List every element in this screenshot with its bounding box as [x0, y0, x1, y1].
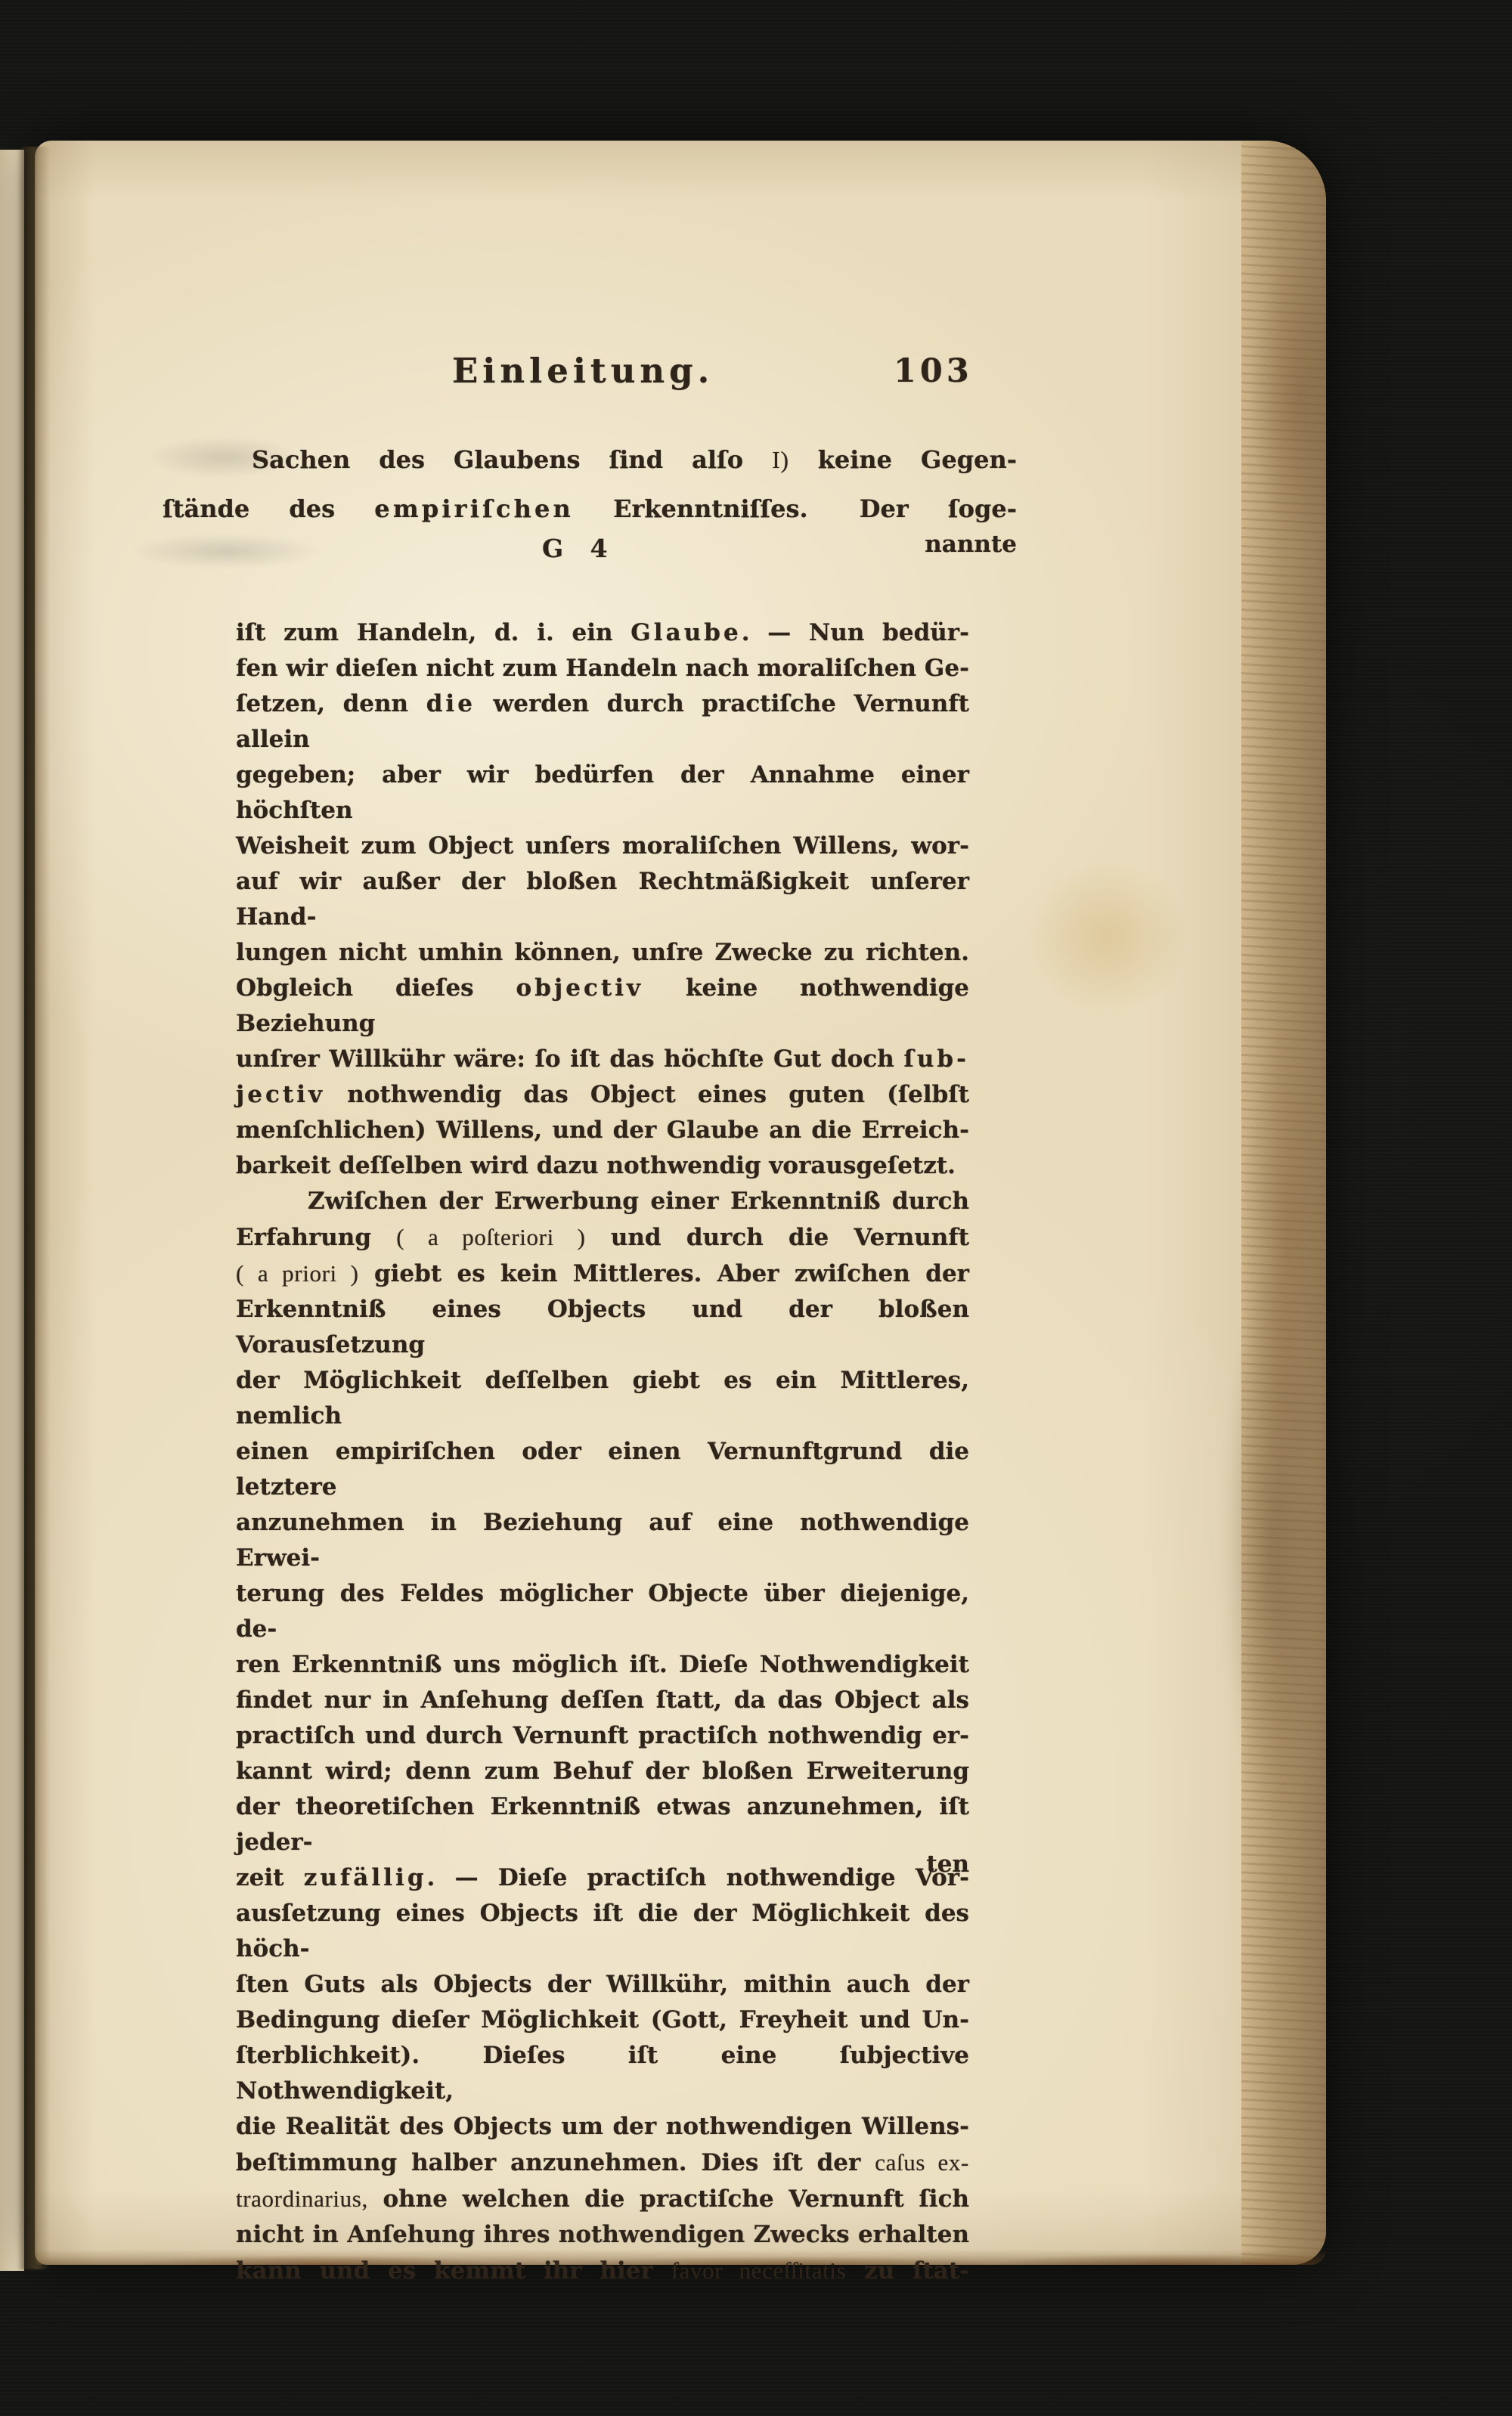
fraktur-text: zu ſtat-	[846, 2257, 969, 2284]
fraktur-text: ſterblichkeit). Dieſes iſt eine ſubjecti…	[236, 2042, 969, 2105]
fraktur-text: barkeit deſſelben wird dazu nothwendig v…	[236, 1152, 956, 1179]
text-line: ſetzen, denn die werden durch practiſche…	[236, 686, 969, 757]
letterspaced-text: die	[426, 690, 476, 717]
text-line: practiſch und durch Vernunft practiſch n…	[236, 1718, 969, 1754]
scan-background: Einleitung. 103 Sachen des Glaubens ſind…	[0, 0, 1512, 2416]
catchword-row: ten	[236, 1851, 969, 1878]
antiqua-text: favor neceſſitatis	[671, 2257, 847, 2284]
text-line: lungen nicht umhin können, unſre Zwecke …	[236, 935, 969, 971]
text-line: ſterblichkeit). Dieſes iſt eine ſubjecti…	[236, 2038, 969, 2109]
text-line: iſt zum Handeln, d. i. ein Glaube. — Nun…	[236, 615, 969, 651]
text-line: ( a priori ) giebt es kein Mittleres. Ab…	[236, 1256, 969, 1292]
fraktur-text: fen wir dieſen nicht zum Handeln nach mo…	[236, 655, 969, 682]
fraktur-text: giebt es kein Mittleres. Aber zwiſchen d…	[359, 1260, 969, 1287]
text-line: traordinarius, ohne welchen die practiſc…	[236, 2181, 969, 2217]
fraktur-text: Zwiſchen der Erwerbung einer Erkenntniß …	[308, 1188, 969, 1215]
text-line: ſtände des empiriſchen Erkenntniſſes. De…	[163, 485, 1017, 534]
fraktur-text: . — Nun bedür-	[742, 619, 969, 646]
book-page: Einleitung. 103 Sachen des Glaubens ſind…	[35, 141, 1326, 2265]
fraktur-text: ſtände des	[163, 494, 374, 523]
antiqua-text: ( a priori )	[236, 1260, 359, 1287]
fraktur-text: lungen nicht umhin können, unſre Zwecke …	[236, 939, 969, 966]
antiqua-text: ( a poſteriori )	[396, 1224, 585, 1250]
fraktur-text: kann und es kemmt ihr hier	[236, 2257, 671, 2284]
text-line: gegeben; aber wir bedürfen der Annahme e…	[236, 757, 969, 829]
fraktur-text: ausſetzung eines Objects iſt die der Mög…	[236, 1900, 969, 1962]
fraktur-text: anzunehmen in Beziehung auf eine nothwen…	[236, 1509, 969, 1572]
fraktur-text: Sachen des Glaubens ſind alſo	[252, 445, 772, 474]
fraktur-text: nothwendig das Object eines guten (ſelbſ…	[325, 1081, 969, 1108]
fraktur-text: beſtimmung halber anzunehmen. Dies iſt d…	[236, 2149, 875, 2176]
text-line: menſchlichen) Willens, und der Glaube an…	[236, 1113, 969, 1148]
text-line: kann und es kemmt ihr hier favor neceſſi…	[236, 2253, 969, 2289]
text-line: der Möglichkeit deſſelben giebt es ein M…	[236, 1363, 969, 1434]
catchword-top: nannte	[925, 531, 1017, 558]
fraktur-text: auf wir außer der bloßen Rechtmäßigkeit …	[236, 868, 969, 931]
fraktur-text: iſt zum Handeln, d. i. ein	[236, 619, 631, 646]
fraktur-text: findet nur in Anſehung deſſen ſtatt, da …	[236, 1687, 969, 1714]
fraktur-text: Erkenntniß eines Objects und der bloßen …	[236, 1296, 969, 1358]
text-line: der theoretiſchen Erkenntniß etwas anzun…	[236, 1789, 969, 1860]
fraktur-text: ohne welchen die practiſche Vernunft ſic…	[368, 2185, 969, 2213]
text-line: Sachen des Glaubens ſind alſo I) keine G…	[163, 435, 1017, 485]
fraktur-text: der theoretiſchen Erkenntniß etwas anzun…	[236, 1793, 969, 1856]
fraktur-text: ren Erkenntniß uns möglich iſt. Dieſe No…	[236, 1651, 969, 1678]
body-text-block: iſt zum Handeln, d. i. ein Glaube. — Nun…	[236, 615, 969, 2289]
antiqua-text: I)	[772, 446, 789, 473]
deckle-stain	[1223, 1275, 1320, 1819]
text-line: jectiv nothwendig das Object eines guten…	[236, 1077, 969, 1113]
fraktur-text: Erfahrung	[236, 1224, 396, 1251]
letterspaced-text: objectiv	[516, 974, 644, 1002]
text-line: Obgleich dieſes objectiv keine nothwendi…	[236, 971, 969, 1042]
fraktur-text: Bedingung dieſer Möglichkeit (Gott, Frey…	[236, 2006, 969, 2033]
text-line: Bedingung dieſer Möglichkeit (Gott, Frey…	[236, 2002, 969, 2038]
text-line: auf wir außer der bloßen Rechtmäßigkeit …	[236, 864, 969, 935]
fraktur-text: ſten Guts als Objects der Willkühr, mith…	[236, 1971, 969, 1998]
text-line: unſrer Willkühr wäre: ſo iſt das höchſte…	[236, 1042, 969, 1077]
letterspaced-text: ſub-	[903, 1045, 969, 1073]
page-number: 103	[894, 352, 973, 390]
text-line: einen empiriſchen oder einen Vernunftgru…	[236, 1434, 969, 1505]
fraktur-text: und durch die Vernunft	[586, 1224, 969, 1251]
fraktur-text: keine Gegen-	[789, 445, 1017, 474]
fraktur-text: gegeben; aber wir bedürfen der Annahme e…	[236, 761, 969, 824]
fraktur-text: Obgleich dieſes	[236, 974, 516, 1002]
gutter-shadow	[18, 147, 50, 2269]
running-header: Einleitung. 103	[35, 351, 1326, 396]
fraktur-text: nicht in Anſehung ihres nothwendigen Zwe…	[236, 2221, 969, 2248]
paper-stain	[1028, 862, 1187, 1013]
letterspaced-text: jectiv	[236, 1081, 325, 1108]
text-line: kannt wird; denn zum Behuf der bloßen Er…	[236, 1754, 969, 1789]
signature-row: G 4 nannte	[163, 534, 1017, 583]
fraktur-text: Weisheit zum Object unſers moraliſchen W…	[236, 832, 969, 860]
fraktur-text: unſrer Willkühr wäre: ſo iſt das höchſte…	[236, 1045, 903, 1073]
text-line: Erfahrung ( a poſteriori ) und durch die…	[236, 1219, 969, 1256]
page-title: Einleitung.	[452, 351, 714, 391]
fraktur-text: practiſch und durch Vernunft practiſch n…	[236, 1722, 969, 1749]
letterspaced-text: empiriſchen	[374, 494, 574, 523]
text-line: ren Erkenntniß uns möglich iſt. Dieſe No…	[236, 1647, 969, 1683]
catchword-bottom: ten	[926, 1851, 969, 1878]
antiqua-text: traordinarius,	[236, 2185, 368, 2212]
text-line: terung des Feldes möglicher Objecte über…	[236, 1576, 969, 1647]
text-line: Erkenntniß eines Objects und der bloßen …	[236, 1292, 969, 1363]
fraktur-text: die Realität des Objects um der nothwend…	[236, 2113, 969, 2140]
deckle-edge	[1241, 141, 1326, 2265]
antiqua-text: caſus ex-	[875, 2149, 969, 2176]
fraktur-text: ſetzen, denn	[236, 690, 426, 717]
text-line: barkeit deſſelben wird dazu nothwendig v…	[236, 1148, 969, 1184]
text-line: die Realität des Objects um der nothwend…	[236, 2109, 969, 2145]
fraktur-text: menſchlichen) Willens, und der Glaube an…	[236, 1117, 969, 1144]
fraktur-text: einen empiriſchen oder einen Vernunftgru…	[236, 1438, 969, 1501]
text-line: nicht in Anſehung ihres nothwendigen Zwe…	[236, 2217, 969, 2253]
letterspaced-text: Glaube	[631, 619, 741, 646]
text-line: beſtimmung halber anzunehmen. Dies iſt d…	[236, 2145, 969, 2181]
fraktur-text: der Möglichkeit deſſelben giebt es ein M…	[236, 1367, 969, 1429]
fraktur-text: Erkenntniſſes. Der ſoge-	[574, 494, 1017, 523]
text-line: Zwiſchen der Erwerbung einer Erkenntniß …	[236, 1184, 969, 1219]
text-line: fen wir dieſen nicht zum Handeln nach mo…	[236, 651, 969, 686]
text-line: findet nur in Anſehung deſſen ſtatt, da …	[236, 1683, 969, 1718]
signature-mark: G 4	[542, 534, 617, 563]
text-line: ausſetzung eines Objects iſt die der Mög…	[236, 1896, 969, 1967]
fraktur-text: kannt wird; denn zum Behuf der bloßen Er…	[236, 1758, 969, 1785]
text-line: anzunehmen in Beziehung auf eine nothwen…	[236, 1505, 969, 1576]
text-line: Weisheit zum Object unſers moraliſchen W…	[236, 829, 969, 864]
fraktur-text: terung des Feldes möglicher Objecte über…	[236, 1580, 969, 1643]
text-line: ſten Guts als Objects der Willkühr, mith…	[236, 1967, 969, 2002]
intro-text-block: Sachen des Glaubens ſind alſo I) keine G…	[163, 435, 1017, 534]
